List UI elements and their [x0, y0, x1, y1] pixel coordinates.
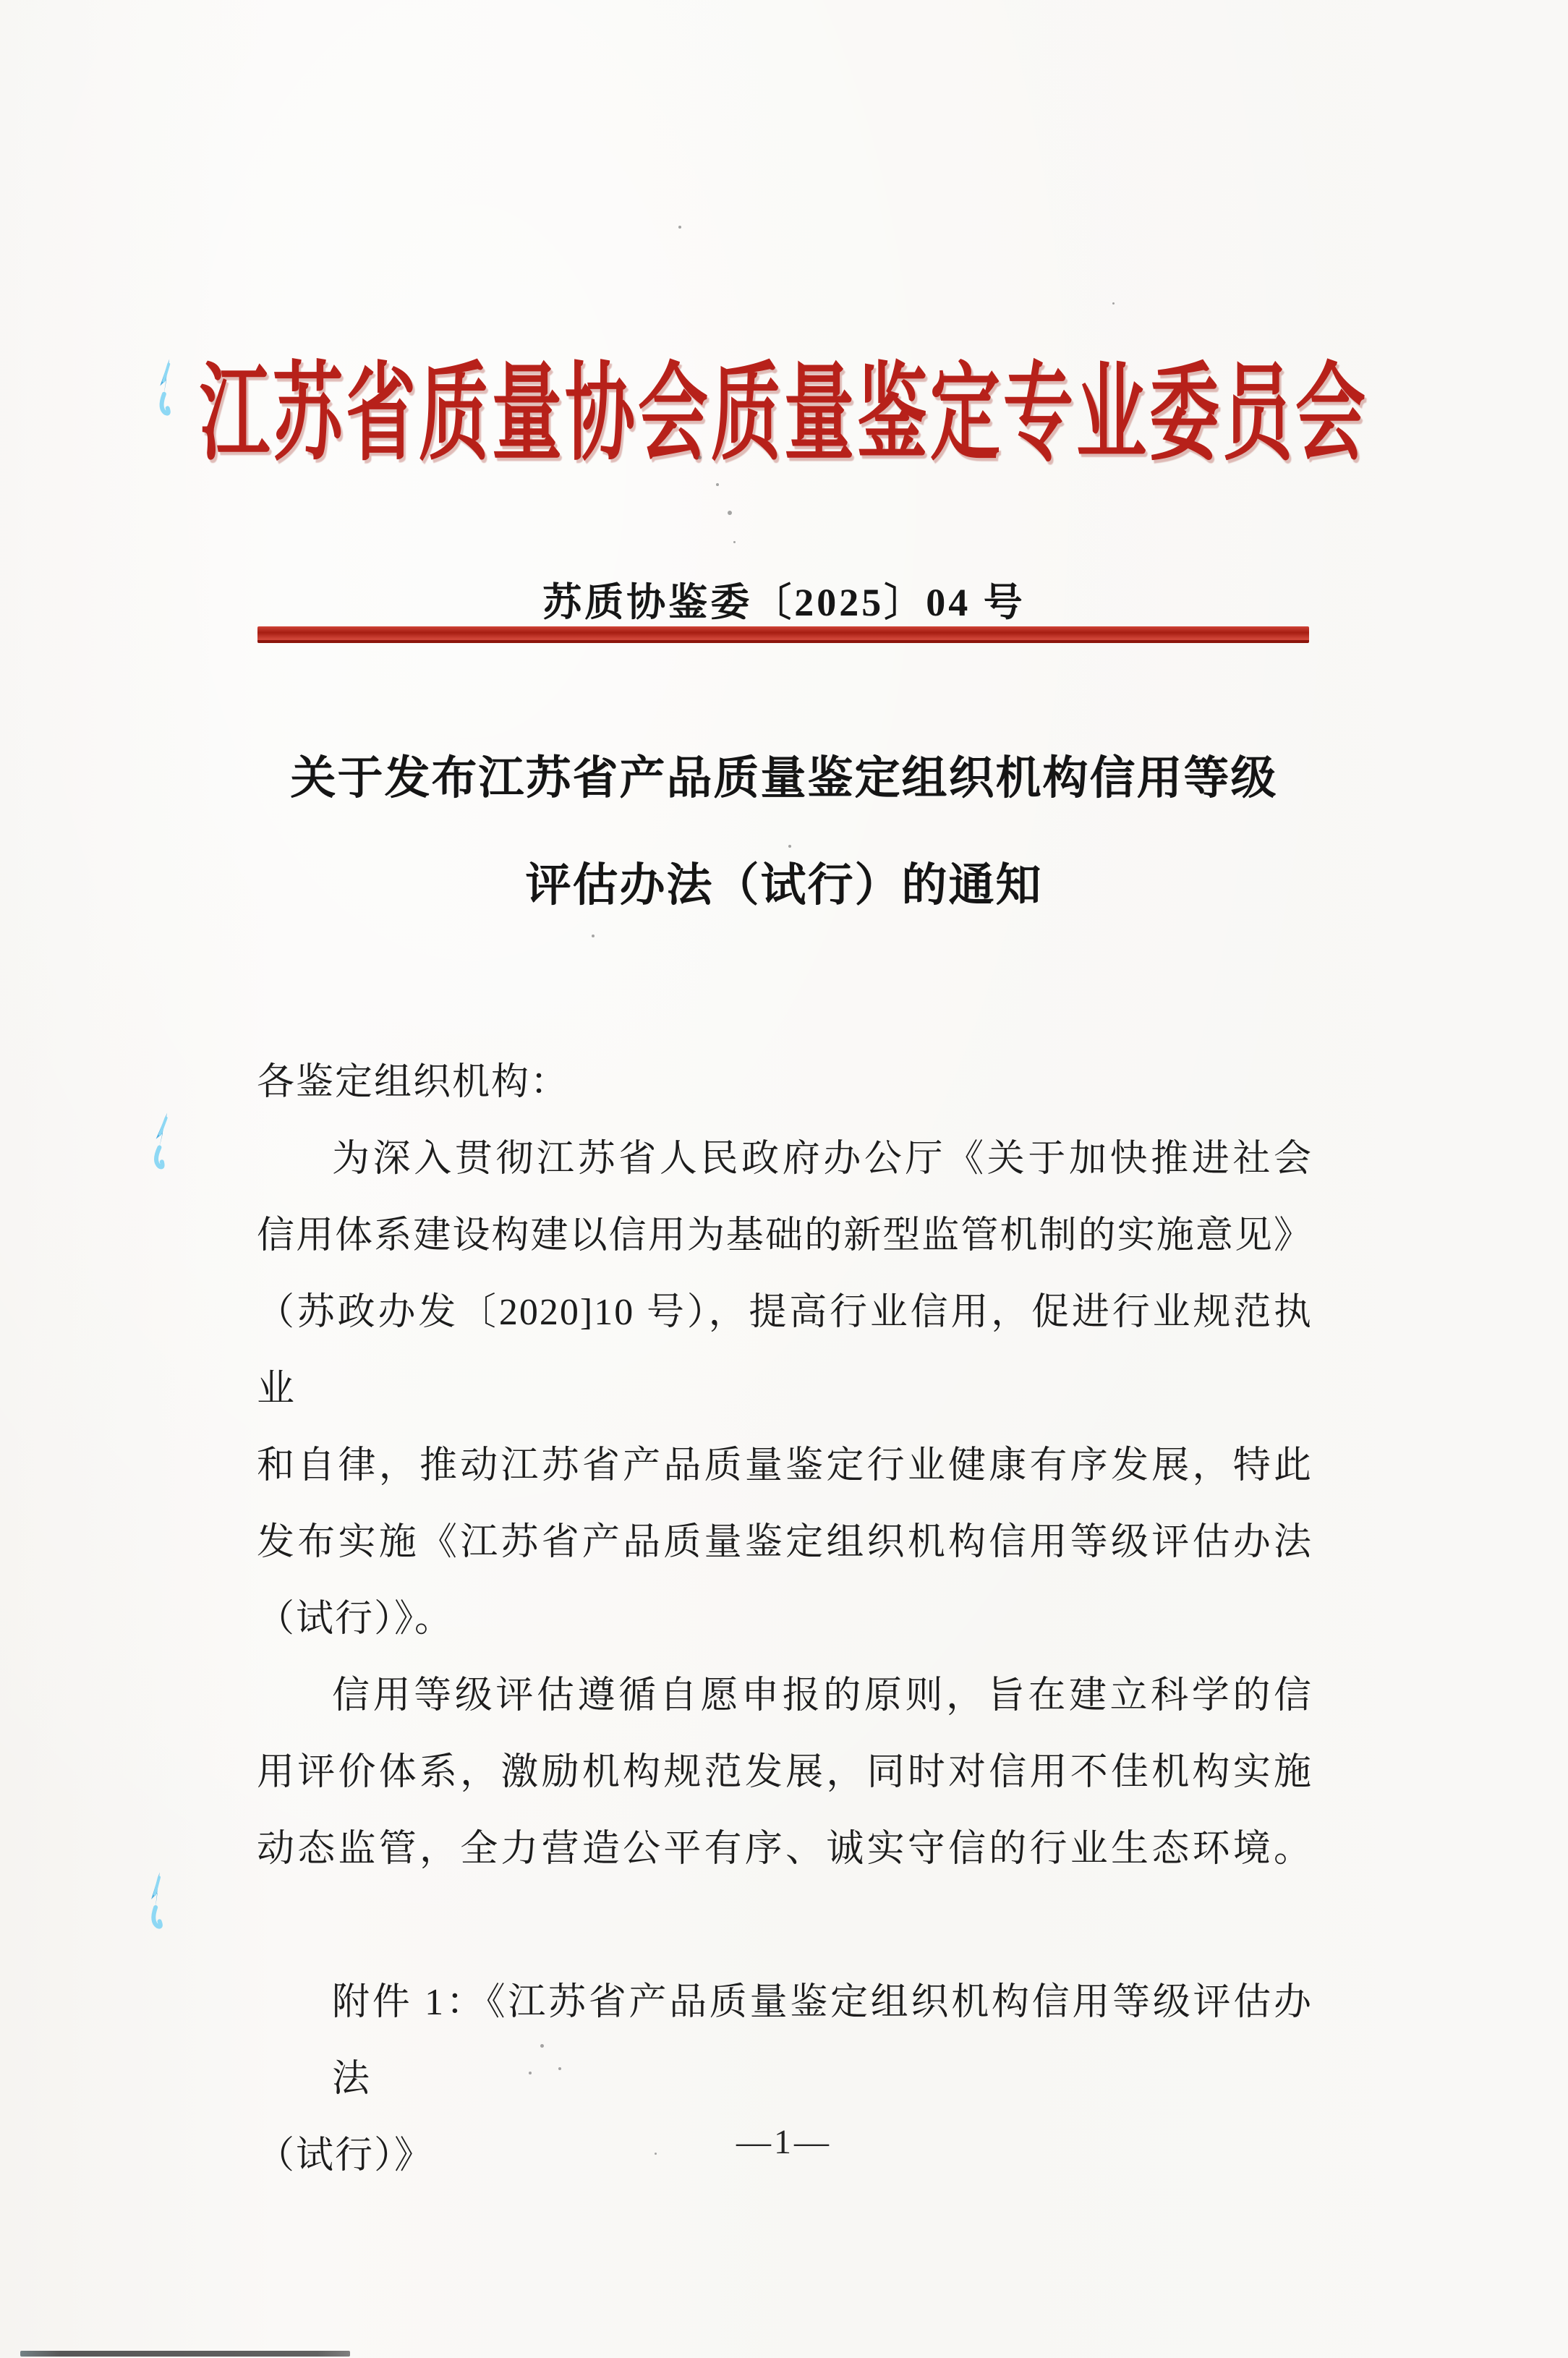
scan-speck: [698, 456, 702, 459]
body-line: 信用体系建设构建以信用为基础的新型监管机制的实施意见》: [257, 1198, 1313, 1274]
scan-speck: [558, 2067, 561, 2070]
document-number: 苏质协鉴委〔2025〕04 号: [0, 571, 1568, 627]
paragraph: 信用等级评估遵循自愿申报的原则，旨在建立科学的信用评价体系，激励机构规范发展，同…: [257, 1658, 1313, 1888]
scan-speck: [592, 935, 595, 937]
body-line: （试行）》。: [257, 1581, 1313, 1658]
document-title-line: 评估办法（试行）的通知: [0, 855, 1568, 962]
body-line: 附件 1：《江苏省产品质量鉴定组织机构信用等级评估办法: [257, 1965, 1313, 2118]
body-line: 信用等级评估遵循自愿申报的原则，旨在建立科学的信: [257, 1658, 1313, 1735]
body-paragraphs: 为深入贯彻江苏省人民政府办公厅《关于加快推进社会信用体系建设构建以信用为基础的新…: [257, 1121, 1313, 2195]
scan-speck: [788, 845, 791, 848]
blue-pen-mark-icon: [138, 1868, 181, 1936]
document-title-line: 关于发布江苏省产品质量鉴定组织机构信用等级: [0, 748, 1568, 855]
salutation: 各鉴定组织机构：: [257, 1044, 1313, 1121]
body-line: （苏政办发〔2020]10 号），提高行业信用，促进行业规范执业: [257, 1274, 1313, 1428]
scan-speck: [655, 2153, 657, 2155]
letterhead-red-rule: [257, 626, 1309, 643]
document-body: 各鉴定组织机构： 为深入贯彻江苏省人民政府办公厅《关于加快推进社会信用体系建设构…: [257, 1044, 1313, 2195]
scan-speck: [728, 511, 732, 515]
scan-speck: [1112, 302, 1115, 305]
body-line: 动态监管，全力营造公平有序、诚实守信的行业生态环境。: [257, 1811, 1313, 1888]
scan-speck: [529, 2072, 532, 2074]
body-line: 为深入贯彻江苏省人民政府办公厅《关于加快推进社会: [257, 1121, 1313, 1198]
document-title: 关于发布江苏省产品质量鉴定组织机构信用等级评估办法（试行）的通知: [0, 748, 1568, 962]
scan-speck: [678, 226, 681, 229]
letterhead-org-title: 江苏省质量协会质量鉴定专业委员会: [0, 327, 1568, 481]
body-line: 和自律，推动江苏省产品质量鉴定行业健康有序发展，特此: [257, 1428, 1313, 1504]
paragraph: 为深入贯彻江苏省人民政府办公厅《关于加快推进社会信用体系建设构建以信用为基础的新…: [257, 1121, 1313, 1658]
blue-pen-mark-icon: [145, 1110, 182, 1176]
scan-speck: [733, 541, 736, 543]
page-number: —1—: [0, 2122, 1568, 2162]
scan-speck: [716, 483, 719, 486]
scanned-document-page: 江苏省质量协会质量鉴定专业委员会 苏质协鉴委〔2025〕04 号 关于发布江苏省…: [0, 0, 1568, 2358]
body-line: 用评价体系，激励机构规范发展，同时对信用不佳机构实施: [257, 1735, 1313, 1811]
scan-speck: [540, 2044, 544, 2048]
scan-bottom-edge: [20, 2351, 350, 2357]
body-line: 发布实施《江苏省产品质量鉴定组织机构信用等级评估办法: [257, 1504, 1313, 1581]
